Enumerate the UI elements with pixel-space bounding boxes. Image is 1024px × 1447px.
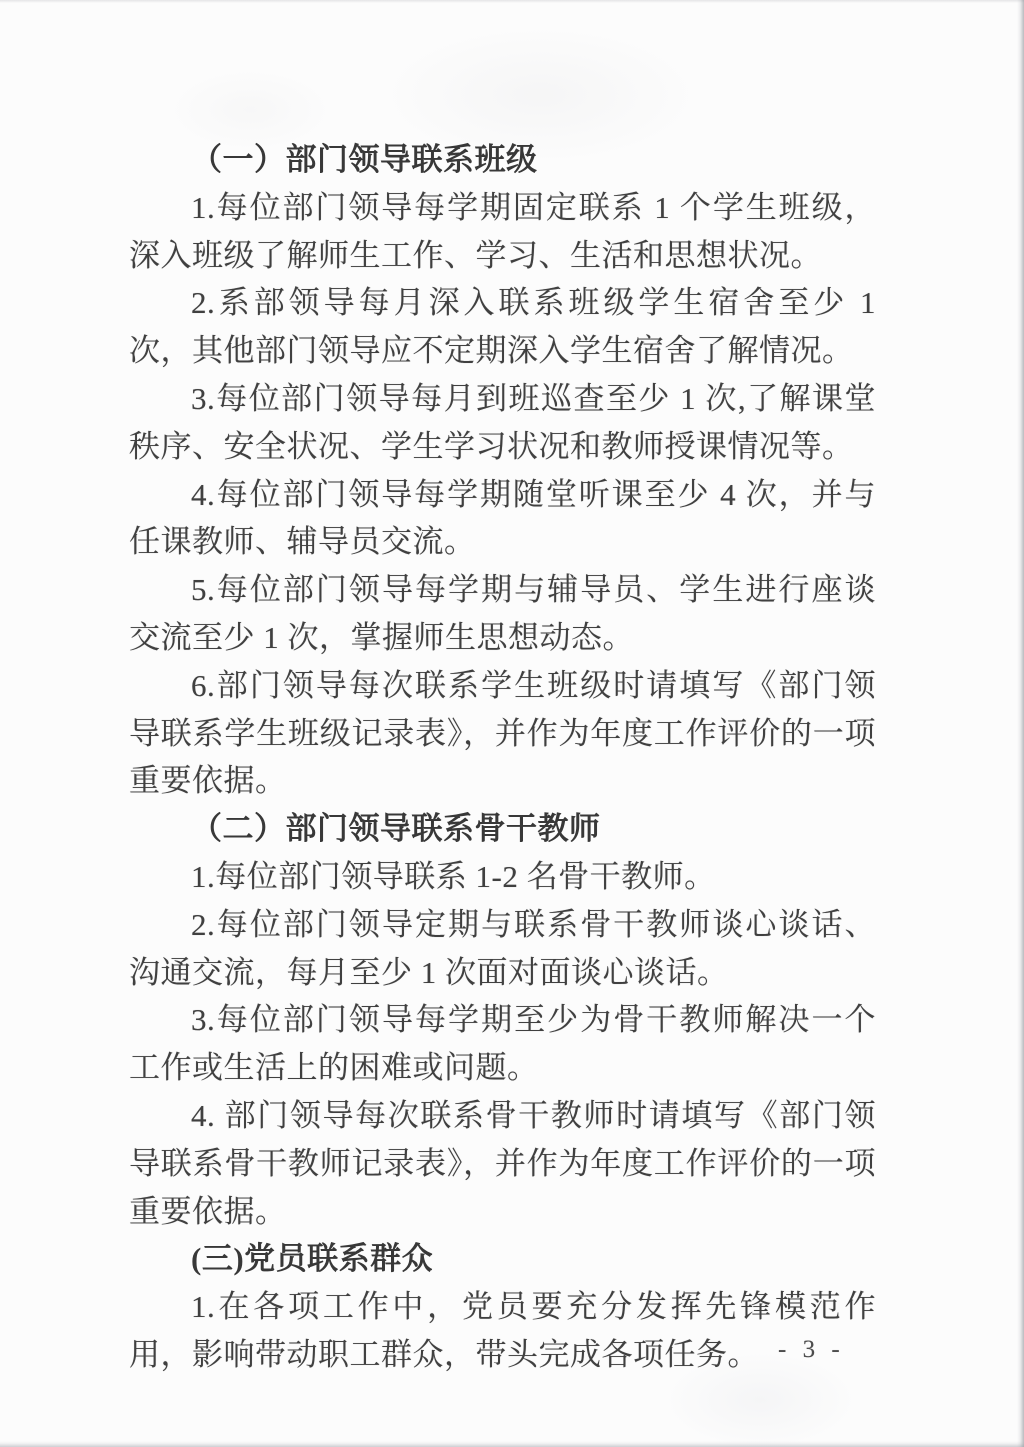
- section-heading: （二）部门领导联系骨干教师: [129, 805, 876, 853]
- paragraph: 3.每位部门领导每学期至少为骨干教师解决一个工作或生活上的困难或问题。: [129, 996, 876, 1092]
- paragraph: 4. 部门领导每次联系骨干教师时请填写《部门领导联系骨干教师记录表》，并作为年度…: [129, 1092, 876, 1235]
- section-3: (三)党员联系群众 1.在各项工作中，党员要充分发挥先锋模范作用，影响带动职工群…: [129, 1235, 876, 1378]
- section-2: （二）部门领导联系骨干教师 1.每位部门领导联系 1-2 名骨干教师。 2.每位…: [129, 805, 876, 1235]
- paragraph: 1.每位部门领导每学期固定联系 1 个学生班级，深入班级了解师生工作、学习、生活…: [129, 184, 876, 280]
- paragraph: 1.每位部门领导联系 1-2 名骨干教师。: [129, 853, 876, 901]
- scan-edge-shadow-right: [1017, 0, 1024, 1447]
- paragraph: 6.部门领导每次联系学生班级时请填写《部门领导联系学生班级记录表》，并作为年度工…: [129, 662, 876, 805]
- section-heading: （一）部门领导联系班级: [129, 136, 876, 184]
- scanned-document-page: { "document": { "page_number": "- 3 -", …: [0, 0, 1024, 1447]
- document-body: （一）部门领导联系班级 1.每位部门领导每学期固定联系 1 个学生班级，深入班级…: [129, 136, 876, 1379]
- scan-edge-shadow-bottom: [0, 1441, 1024, 1447]
- section-heading: (三)党员联系群众: [129, 1235, 876, 1283]
- section-1: （一）部门领导联系班级 1.每位部门领导每学期固定联系 1 个学生班级，深入班级…: [129, 136, 876, 805]
- paragraph: 2.每位部门领导定期与联系骨干教师谈心谈话、沟通交流，每月至少 1 次面对面谈心…: [129, 901, 876, 997]
- page-number: - 3 -: [778, 1336, 845, 1364]
- paragraph: 5.每位部门领导每学期与辅导员、学生进行座谈交流至少 1 次，掌握师生思想动态。: [129, 566, 876, 662]
- scan-edge-shadow-top: [0, 0, 1024, 3]
- paragraph: 4.每位部门领导每学期随堂听课至少 4 次，并与任课教师、辅导员交流。: [129, 471, 876, 567]
- paragraph: 1.在各项工作中，党员要充分发挥先锋模范作用，影响带动职工群众，带头完成各项任务…: [129, 1283, 876, 1379]
- paragraph: 2.系部领导每月深入联系班级学生宿舍至少 1 次，其他部门领导应不定期深入学生宿…: [129, 279, 876, 375]
- paragraph: 3.每位部门领导每月到班巡查至少 1 次,了解课堂秩序、安全状况、学生学习状况和…: [129, 375, 876, 471]
